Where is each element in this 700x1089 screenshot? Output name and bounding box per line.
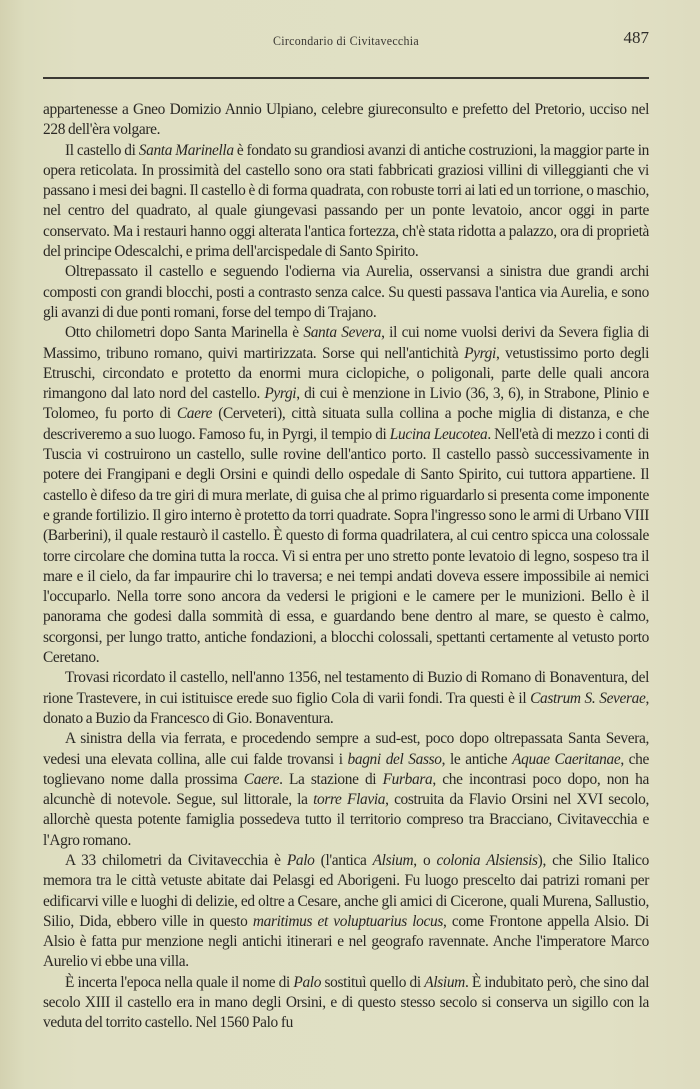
paragraph: Otto chilometri dopo Santa Marinella è S… (43, 323, 649, 668)
italic-term: Pyrgi (264, 385, 296, 402)
italic-term: Pyrgi (464, 345, 496, 362)
italic-term: Santa Marinella (139, 142, 234, 159)
paragraph: Trovasi ricordato il castello, nell'anno… (43, 668, 649, 729)
text-run: è fondato su grandiosi avanzi di antiche… (43, 142, 649, 260)
page-number: 487 (624, 28, 650, 48)
italic-term: maritimus et voluptuarius locus (253, 913, 443, 930)
book-page: Circondario di Civitavecchia 487 apparte… (43, 0, 649, 48)
italic-term: Palo (293, 974, 321, 991)
body-text: appartenesse a Gneo Domizio Annio Ulpian… (43, 100, 649, 1034)
italic-term: Lucina Leucotea (390, 426, 488, 443)
text-run: Oltrepassato il castello e seguendo l'od… (43, 263, 649, 321)
italic-term: bagni del Sasso (348, 751, 442, 768)
text-run: Il castello di (65, 142, 139, 159)
text-run: A 33 chilometri da Civitavecchia è (65, 852, 287, 869)
text-run: . La stazione di (279, 771, 383, 788)
text-run: Otto chilometri dopo Santa Marinella è (65, 324, 303, 341)
paragraph: È incerta l'epoca nella quale il nome di… (43, 973, 649, 1034)
italic-term: Santa Severa (303, 324, 381, 341)
paragraph: Oltrepassato il castello e seguendo l'od… (43, 262, 649, 323)
italic-term: Aquae Caeritanae (512, 751, 620, 768)
italic-term: Alsium (373, 852, 414, 869)
italic-term: Furbara (383, 771, 433, 788)
page-header: Circondario di Civitavecchia 487 (43, 0, 649, 48)
paragraph: appartenesse a Gneo Domizio Annio Ulpian… (43, 100, 649, 141)
italic-term: Palo (287, 852, 315, 869)
italic-term: torre Flavia (313, 791, 385, 808)
italic-term: Caere (177, 405, 212, 422)
running-title: Circondario di Civitavecchia (67, 33, 625, 49)
italic-term: Caere (244, 771, 279, 788)
paragraph: A 33 chilometri da Civitavecchia è Palo … (43, 851, 649, 973)
paragraph: Il castello di Santa Marinella è fondato… (43, 141, 649, 263)
text-run: , le antiche (442, 751, 513, 768)
italic-term: colonia Alsiensis (436, 852, 537, 869)
text-run: (l'antica (314, 852, 372, 869)
italic-term: Alsium (424, 974, 465, 991)
text-run: , o (413, 852, 436, 869)
text-run: . Nell'età di mezzo i conti di Tuscia vi… (43, 426, 649, 666)
text-run: È incerta l'epoca nella quale il nome di (65, 974, 293, 991)
paragraph: A sinistra della via ferrata, e proceden… (43, 729, 649, 851)
text-run: appartenesse a Gneo Domizio Annio Ulpian… (43, 101, 649, 138)
text-run: sostituì quello di (321, 974, 424, 991)
italic-term: Castrum S. Severae (530, 690, 645, 707)
header-rule (43, 77, 649, 79)
